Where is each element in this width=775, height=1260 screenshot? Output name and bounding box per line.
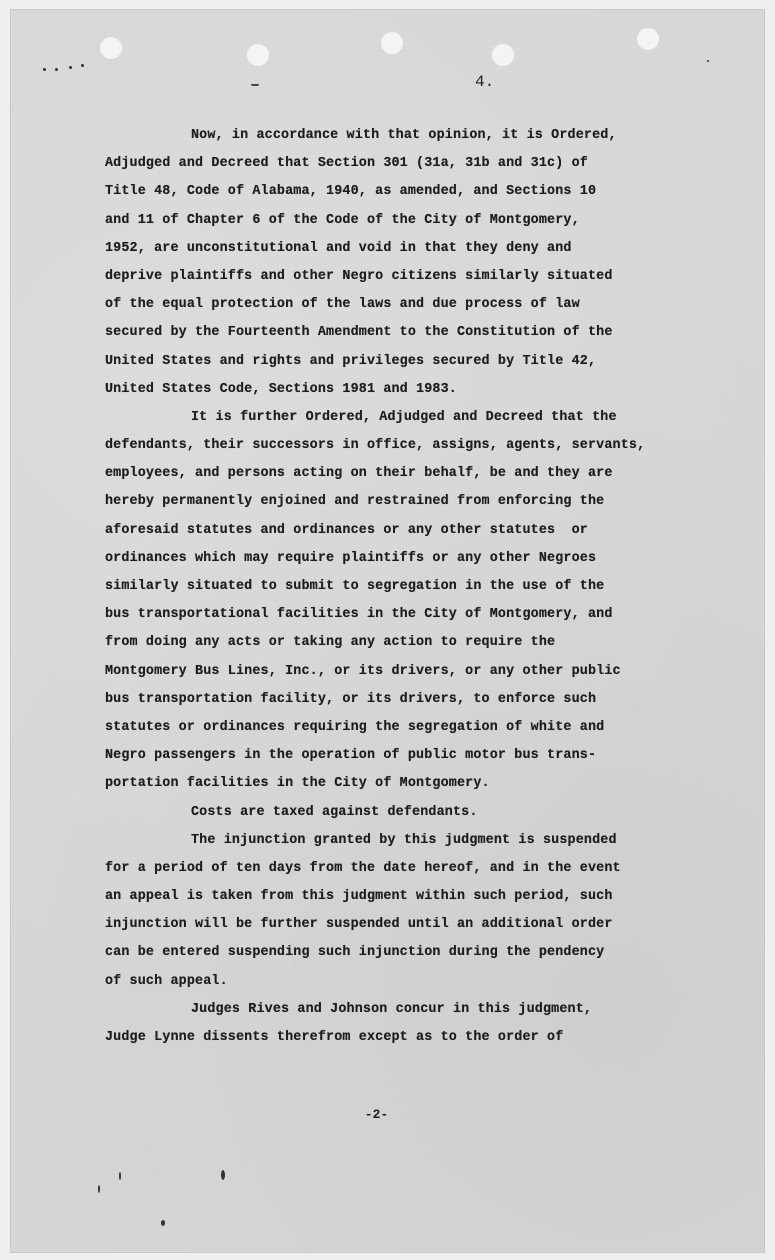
text-line: Negro passengers in the operation of pub…	[105, 742, 705, 770]
punch-hole	[100, 37, 122, 59]
page-number: -2-	[0, 1107, 753, 1122]
text-line: ordinances which may require plaintiffs …	[105, 545, 705, 573]
text-line: hereby permanently enjoined and restrain…	[105, 488, 705, 516]
text-line: an appeal is taken from this judgment wi…	[105, 883, 705, 911]
text-line: Montgomery Bus Lines, Inc., or its drive…	[105, 658, 705, 686]
text-line: 1952, are unconstitutional and void in t…	[105, 235, 705, 263]
text-line: It is further Ordered, Adjudged and Decr…	[105, 404, 705, 432]
document-page: 4. Now, in accordance with that opinion,…	[11, 10, 764, 1252]
text-line: of such appeal.	[105, 968, 705, 996]
text-line: employees, and persons acting on their b…	[105, 460, 705, 488]
text-line: Title 48, Code of Alabama, 1940, as amen…	[105, 178, 705, 206]
text-line: for a period of ten days from the date h…	[105, 855, 705, 883]
text-line: Judge Lynne dissents therefrom except as…	[105, 1024, 705, 1052]
text-line: aforesaid statutes and ordinances or any…	[105, 517, 705, 545]
punch-hole	[247, 44, 269, 66]
text-line: statutes or ordinances requiring the seg…	[105, 714, 705, 742]
text-line: portation facilities in the City of Mont…	[105, 770, 705, 798]
punch-hole	[381, 32, 403, 54]
paragraph-suspension: The injunction granted by this judgment …	[105, 827, 705, 996]
scan-speck	[69, 66, 72, 69]
scan-speck	[251, 84, 259, 86]
handwritten-mark: 4.	[475, 73, 494, 91]
text-line: United States Code, Sections 1981 and 19…	[105, 376, 705, 404]
text-line: similarly situated to submit to segregat…	[105, 573, 705, 601]
scan-speck	[161, 1220, 165, 1226]
scan-speck	[43, 68, 46, 71]
punch-hole	[637, 28, 659, 50]
scan-speck	[221, 1170, 225, 1180]
text-line: defendants, their successors in office, …	[105, 432, 705, 460]
scan-speck	[81, 64, 84, 67]
text-line: bus transportation facility, or its driv…	[105, 686, 705, 714]
text-line: can be entered suspending such injunctio…	[105, 939, 705, 967]
text-line: of the equal protection of the laws and …	[105, 291, 705, 319]
text-line: injunction will be further suspended unt…	[105, 911, 705, 939]
scan-speck	[98, 1185, 100, 1193]
text-line: bus transportational facilities in the C…	[105, 601, 705, 629]
text-line: United States and rights and privileges …	[105, 348, 705, 376]
text-line: secured by the Fourteenth Amendment to t…	[105, 319, 705, 347]
paragraph-injunction-order: It is further Ordered, Adjudged and Decr…	[105, 404, 705, 799]
paragraph-ordered-adjudged-decreed: Now, in accordance with that opinion, it…	[105, 122, 705, 404]
text-line: and 11 of Chapter 6 of the Code of the C…	[105, 207, 705, 235]
punch-hole	[492, 44, 514, 66]
text-line: deprive plaintiffs and other Negro citiz…	[105, 263, 705, 291]
text-line: Adjudged and Decreed that Section 301 (3…	[105, 150, 705, 178]
text-line: from doing any acts or taking any action…	[105, 629, 705, 657]
paragraph-costs: Costs are taxed against defendants.	[105, 799, 705, 827]
scan-speck	[707, 60, 709, 62]
text-line: Now, in accordance with that opinion, it…	[105, 122, 705, 150]
text-line: Costs are taxed against defendants.	[105, 799, 705, 827]
document-body: Now, in accordance with that opinion, it…	[105, 122, 705, 1052]
scan-speck	[119, 1172, 121, 1180]
paragraph-judges: Judges Rives and Johnson concur in this …	[105, 996, 705, 1052]
scan-speck	[55, 68, 58, 71]
text-line: Judges Rives and Johnson concur in this …	[105, 996, 705, 1024]
text-line: The injunction granted by this judgment …	[105, 827, 705, 855]
